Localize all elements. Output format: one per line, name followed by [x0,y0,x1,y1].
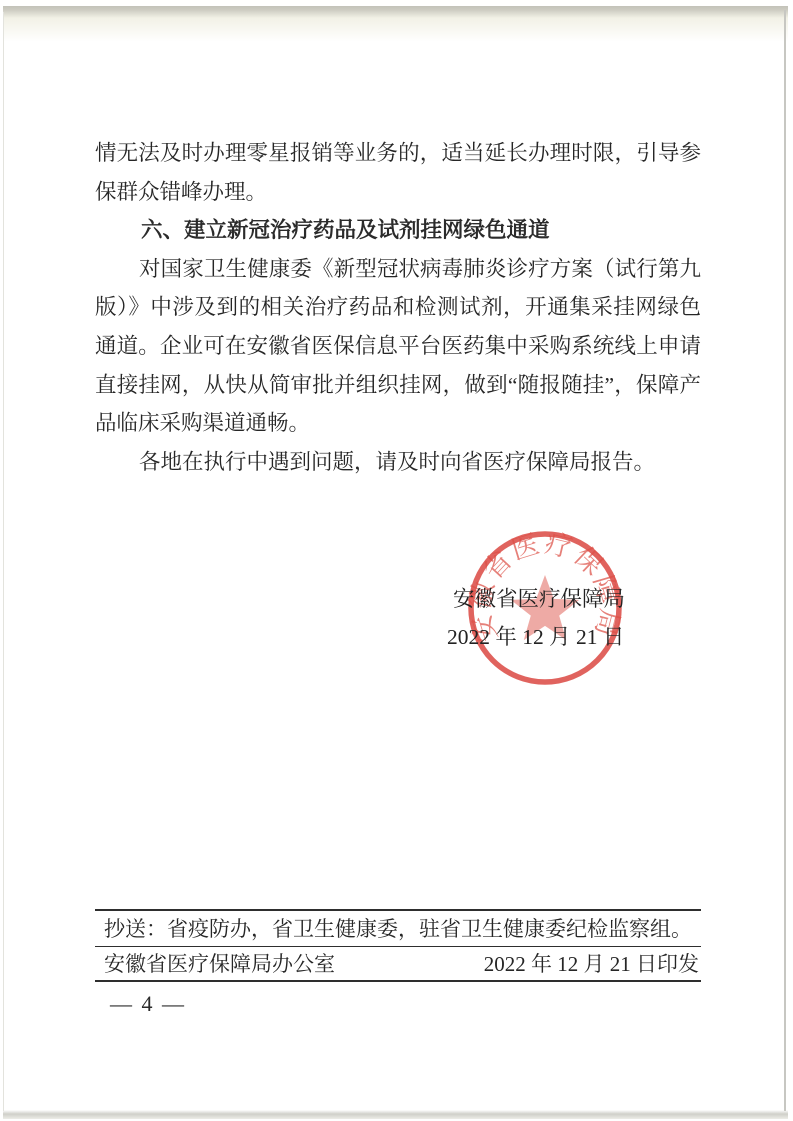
page-edge-bottom [3,1110,788,1119]
footer-rule-bottom [95,980,701,982]
signature-issuer: 安徽省医疗保障局 [453,582,625,613]
signature-date: 2022 年 12 月 21 日 [447,620,624,651]
footer-print-date: 2022 年 12 月 21 日印发 [484,951,699,977]
continuation-paragraph: 情无法及时办理零星报销等业务的，适当延长办理时限，引导参保群众错峰办理。 [95,134,701,211]
page-number: — 4 — [110,991,186,1017]
footer-rule-middle [95,946,701,947]
footer-rule-top [95,909,701,911]
footer-cc-line: 抄送：省疫防办，省卫生健康委，驻省卫生健康委纪检监察组。 [104,915,696,943]
paragraph-report-problems: 各地在执行中遇到问题，请及时向省医疗保障局报告。 [95,443,701,482]
footer-issuing-office: 安徽省医疗保障局办公室 [104,951,335,977]
page-edge-left [3,12,4,1111]
document-page: 情无法及时办理零星报销等业务的，适当延长办理时限，引导参保群众错峰办理。 六、建… [0,0,793,1121]
section-heading: 六、建立新冠治疗药品及试剂挂网绿色通道 [95,211,701,250]
page-edge-top [3,6,788,42]
page-edge-right [784,10,786,1111]
paragraph-green-channel: 对国家卫生健康委《新型冠状病毒肺炎诊疗方案（试行第九版）》中涉及到的相关治疗药品… [95,250,701,443]
document-body: 情无法及时办理零星报销等业务的，适当延长办理时限，引导参保群众错峰办理。 六、建… [95,134,701,481]
